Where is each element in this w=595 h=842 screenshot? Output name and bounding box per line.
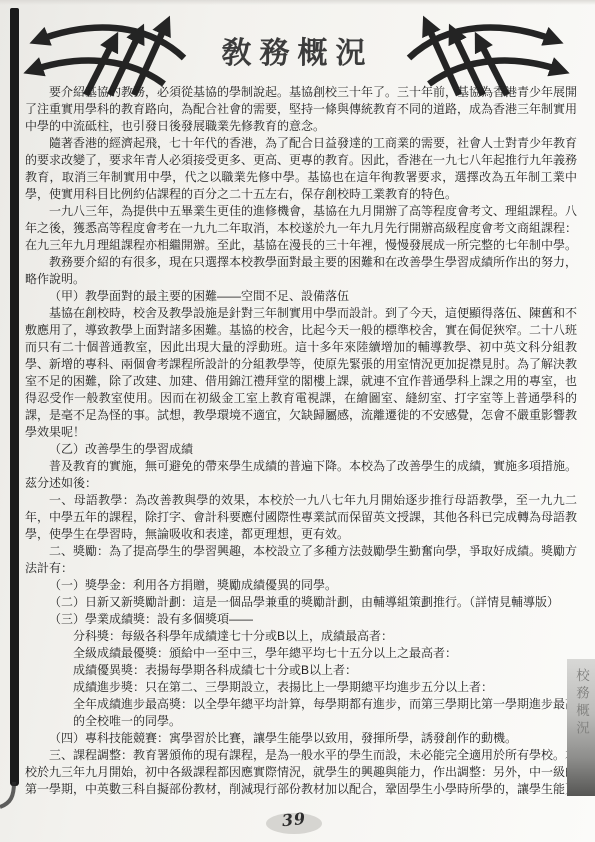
document-body: 要介紹基協的教務，必須從基協的學制說起。基協創校三十年了。三十年前，基協為香港青… (25, 84, 577, 798)
list-item: （四）專科技能競賽：寓學習於比賽，讓學生能學以致用，發揮所學，誘發創作的動機。 (49, 730, 577, 747)
page-title: 敎務概況 (222, 28, 374, 72)
paragraph: 一、母語教學：為改善教與學的效果，本校於一九八七年九月開始逐步推行母語教學，至一… (25, 492, 577, 543)
paragraph: 隨著香港的經濟起飛，七十年代的香港，為了配合日益發達的工商業的需要，社會人士對青… (25, 135, 577, 203)
list-item: （三）學業成績獎：設有多個獎項—— (49, 611, 577, 628)
list-item: （二）日新又新獎勵計劃：這是一個品學兼重的獎勵計劃，由輔導組策劃推行。（詳情見輔… (49, 594, 577, 611)
binding-edge-curve (0, 780, 26, 812)
paragraph: 三、課程調整：教育署頒佈的現有課程，是為一般水平的學生而設，未必能完全適用於所有… (25, 747, 577, 798)
paragraph: 要介紹基協的教務，必須從基協的學制說起。基協創校三十年了。三十年前，基協為香港青… (25, 84, 577, 135)
scanned-book-page: 敎務概況 要介紹基協的教務，必須從基協的學制說起。基協創校三十年了。三十年前，基… (0, 0, 595, 842)
book-binding-edge (10, 8, 19, 786)
page-number-ellipse: 39 (266, 813, 322, 834)
page-number: 39 (265, 807, 323, 833)
paragraph: 一九八三年，為提供中五畢業生更佳的進修機會，基協在九月開辦了高等程度會考文、理組… (25, 203, 577, 254)
sub-list-item: 全年成績進步最高獎：以全學年總平均計算，每學期都有進步，而第三學期比第一學期進步… (73, 696, 577, 730)
scan-top-shadow (0, 0, 595, 5)
sub-list-item: 成績優異獎：表揚每學期各科成績七十分或B以上者： (73, 662, 577, 679)
section-side-tab: 校務概況 (567, 659, 595, 796)
sub-list-item: 全級成績最優獎：頒給中一至中三，學年總平均七十五分以上之最高者： (73, 645, 577, 662)
sub-list-item: 分科獎：每級各科學年成績達七十分或B以上，成績最高者： (73, 628, 577, 645)
paragraph: 二、獎勵：為了提高學生的學習興趣，本校設立了多種方法鼓勵學生勤奮向學，爭取好成績… (25, 543, 577, 577)
sub-list-item: 成績進步獎：只在第二、三學期設立，表揚比上一學期總平均進步五分以上者： (73, 679, 577, 696)
paragraph: 教務要介紹的有很多，現在只選擇本校教學面對最主要的困難和在改善學生學習成績所作出… (25, 254, 577, 288)
section-heading: （甲）教學面對的最主要的困難——空間不足、設備落伍 (25, 288, 577, 305)
paragraph: 普及教育的實施，無可避免的帶來學生成績的普遍下降。本校為了改善學生的成績，實施多… (25, 458, 577, 492)
side-tab-label: 校務概況 (571, 668, 591, 796)
paragraph: 基協在創校時，校舍及教學設施是針對三年制實用中學而設計。到了今天，這便顯得落伍、… (25, 305, 577, 441)
section-heading: （乙）改善學生的學習成績 (25, 441, 577, 458)
list-item: （一）獎學金：利用各方捐贈，獎勵成績優異的同學。 (49, 577, 577, 594)
